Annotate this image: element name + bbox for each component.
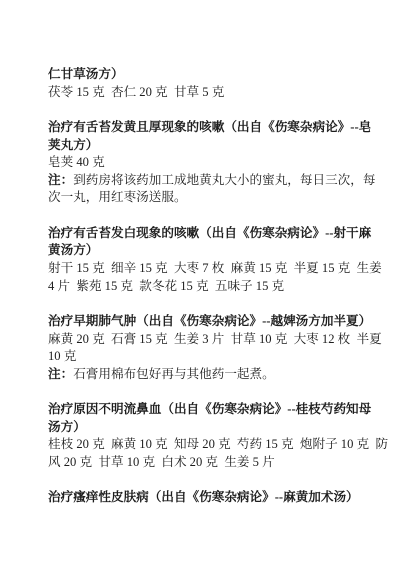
note: 注：石膏用棉布包好再与其他药一起煮。 [48,366,372,384]
note-prefix: 注： [48,173,73,187]
formula-title-line: 治疗有舌苔发黄且厚现象的咳嗽（出自《伤寒杂病论》--皂 [48,119,372,137]
paragraph-spacer [48,384,372,402]
note-prefix: 注： [48,367,73,381]
formula-title-continuation: 仁甘草汤方） [48,66,372,84]
note: 注：到药房将该药加工成地黄丸大小的蜜丸，每日三次，每次一丸，用红枣汤送服。 [48,172,372,207]
formula-title-continuation-line: 仁甘草汤方） [48,66,372,84]
formula-title: 治疗有舌苔发白现象的咳嗽（出自《伤寒杂病论》--射干麻黄汤方） [48,225,372,260]
ingredients: 麻黄 20 克 石膏 15 克 生姜 3 片 甘草 10 克 大枣 12 枚 半… [48,331,372,366]
formula-title-line: 治疗原因不明流鼻血（出自《伤寒杂病论》--桂枝芍药知母 [48,401,372,419]
ingredients-line: 桂枝 20 克 麻黄 10 克 知母 20 克 芍药 15 克 炮附子 10 克… [48,436,372,454]
ingredients: 茯苓 15 克 杏仁 20 克 甘草 5 克 [48,84,372,102]
ingredients-line: 4 片 紫苑 15 克 款冬花 15 克 五味子 15 克 [48,278,372,296]
paragraph-spacer [48,101,372,119]
ingredients: 皂荚 40 克 [48,154,372,172]
ingredients: 射干 15 克 细辛 15 克 大枣 7 枚 麻黄 15 克 半夏 15 克 生… [48,260,372,295]
formula-title-line: 汤方） [48,419,372,437]
paragraph-spacer [48,207,372,225]
formula-title-line: 治疗有舌苔发白现象的咳嗽（出自《伤寒杂病论》--射干麻 [48,225,372,243]
document-content: 仁甘草汤方）茯苓 15 克 杏仁 20 克 甘草 5 克治疗有舌苔发黄且厚现象的… [48,66,372,507]
ingredients-line: 风 20 克 甘草 10 克 白术 20 克 生姜 5 片 [48,454,372,472]
paragraph-spacer [48,472,372,490]
ingredients-line: 麻黄 20 克 石膏 15 克 生姜 3 片 甘草 10 克 大枣 12 枚 半… [48,331,372,349]
formula-title-line: 黄汤方） [48,242,372,260]
formula-title-line: 治疗瘙痒性皮肤病（出自《伤寒杂病论》--麻黄加术汤） [48,489,372,507]
document-page: 仁甘草汤方）茯苓 15 克 杏仁 20 克 甘草 5 克治疗有舌苔发黄且厚现象的… [0,0,400,569]
ingredients-line: 10 克 [48,348,372,366]
paragraph-spacer [48,295,372,313]
formula-title-line: 治疗早期肺气肿（出自《伤寒杂病论》--越婢汤方加半夏） [48,313,372,331]
ingredients: 桂枝 20 克 麻黄 10 克 知母 20 克 芍药 15 克 炮附子 10 克… [48,436,372,471]
formula-title: 治疗原因不明流鼻血（出自《伤寒杂病论》--桂枝芍药知母汤方） [48,401,372,436]
formula-title: 治疗早期肺气肿（出自《伤寒杂病论》--越婢汤方加半夏） [48,313,372,331]
formula-title-line: 荚丸方） [48,137,372,155]
formula-title: 治疗瘙痒性皮肤病（出自《伤寒杂病论》--麻黄加术汤） [48,489,372,507]
ingredients-line: 射干 15 克 细辛 15 克 大枣 7 枚 麻黄 15 克 半夏 15 克 生… [48,260,372,278]
note-line: 次一丸，用红枣汤送服。 [48,189,372,207]
ingredients-line: 皂荚 40 克 [48,154,372,172]
note-line: 注：石膏用棉布包好再与其他药一起煮。 [48,366,372,384]
note-line: 注：到药房将该药加工成地黄丸大小的蜜丸，每日三次，每 [48,172,372,190]
ingredients-line: 茯苓 15 克 杏仁 20 克 甘草 5 克 [48,84,372,102]
formula-title: 治疗有舌苔发黄且厚现象的咳嗽（出自《伤寒杂病论》--皂荚丸方） [48,119,372,154]
